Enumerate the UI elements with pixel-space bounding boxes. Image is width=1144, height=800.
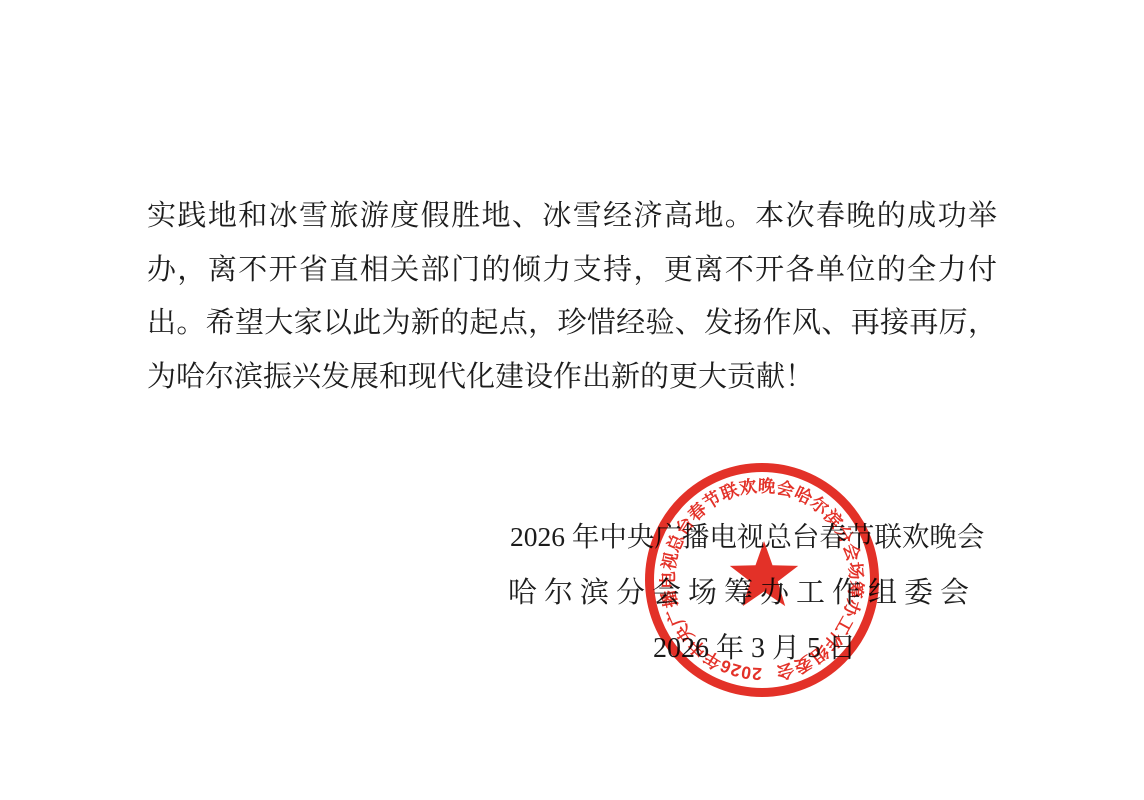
body-paragraph: 实践地和冰雪旅游度假胜地、冰雪经济高地。本次春晚的成功举 办，离不开省直相关部门… bbox=[147, 190, 997, 404]
signature-date: 2026 年 3 月 5 日 bbox=[653, 635, 856, 663]
signature-org-line-1: 2026 年中央广播电视总台春节联欢晚会 bbox=[510, 523, 984, 551]
document-page: 实践地和冰雪旅游度假胜地、冰雪经济高地。本次春晚的成功举 办，离不开省直相关部门… bbox=[0, 0, 1144, 800]
body-paragraph-line: 为哈尔滨振兴发展和现代化建设作出新的更大贡献！ bbox=[147, 351, 997, 405]
body-paragraph-line: 办，离不开省直相关部门的倾力支持，更离不开各单位的全力付 bbox=[147, 244, 997, 298]
body-paragraph-line: 出。希望大家以此为新的起点，珍惜经验、发扬作风、再接再厉， bbox=[147, 297, 997, 351]
body-paragraph-line: 实践地和冰雪旅游度假胜地、冰雪经济高地。本次春晚的成功举 bbox=[147, 190, 997, 244]
signature-org-line-2: 哈尔滨分会场筹办工作组委会 bbox=[508, 579, 976, 608]
